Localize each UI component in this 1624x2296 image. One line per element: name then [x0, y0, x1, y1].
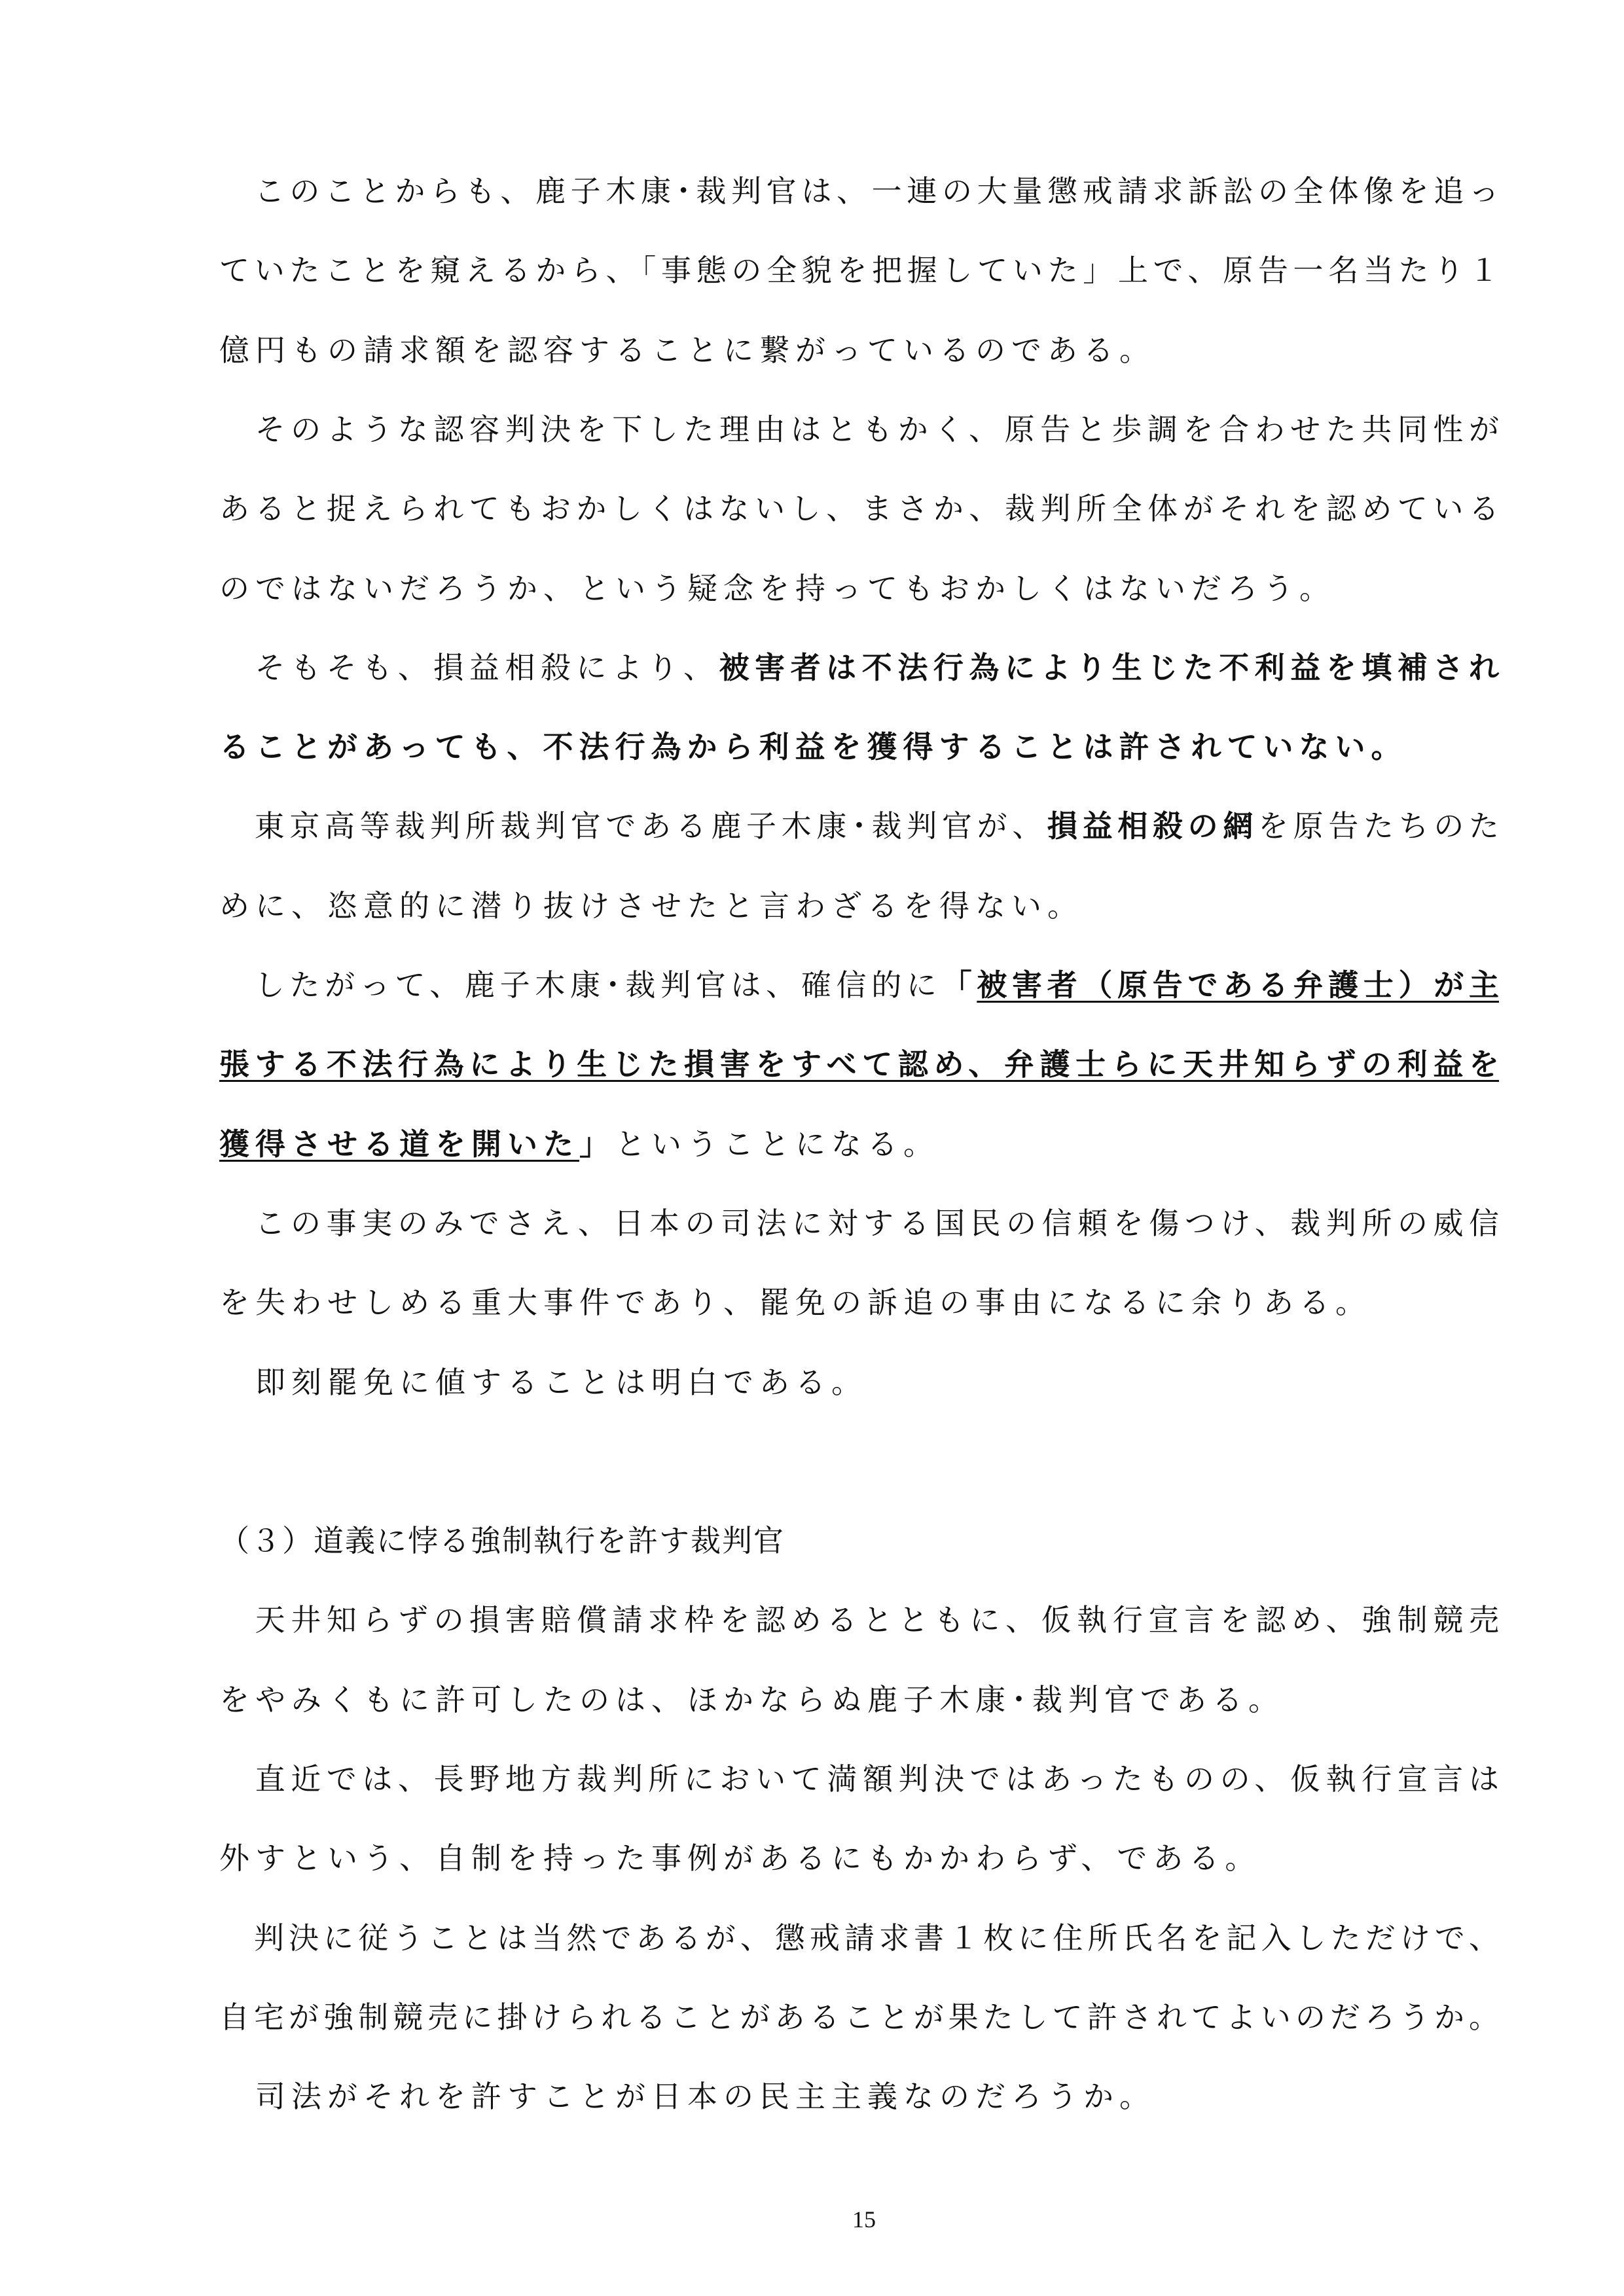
text-line: したがって、鹿子木康･裁判官は、確信的に「被害者（原告である弁護士）が主 — [219, 965, 1499, 1005]
text-line: あると捉えられてもおかしくはないし、まさか、裁判所全体がそれを認めている — [219, 489, 1499, 528]
text-line: 判決に従うことは当然であるが、懲戒請求書１枚に住所氏名を記入しただけで、 — [219, 1918, 1499, 1958]
document-page: このことからも、鹿子木康･裁判官は、一連の大量懲戒請求訴訟の全体像を追っていたこ… — [0, 0, 1624, 2296]
text-run: したがって、鹿子木康･裁判官は、確信的に — [219, 967, 942, 1003]
underlined-emphasis: 被害者（原告である弁護士）が主 — [977, 967, 1499, 1003]
bold-emphasis: 損益相殺の網 — [1047, 808, 1258, 844]
text-line: 直近では、長野地方裁判所において満額判決ではあったものの、仮執行宣言は — [219, 1759, 1499, 1799]
text-line: ることがあっても、不法行為から利益を獲得することは許されていない。 — [219, 727, 1499, 766]
text-run: 天井知らずの損害賠償請求枠を認めるとともに、仮執行宣言を認め、強制競売 — [219, 1602, 1499, 1638]
text-run: を原告たちのた — [1258, 808, 1499, 844]
text-run: （３）道義に悖る強制執行を許す裁判官 — [219, 1523, 785, 1558]
bold-emphasis: ることがあっても、不法行為から利益を獲得することは許されていない。 — [219, 729, 1407, 764]
text-line: 司法がそれを許すことが日本の民主主義なのだろうか。 — [219, 2077, 1499, 2116]
text-run: 即刻罷免に値することは明白である。 — [219, 1365, 867, 1400]
text-line: 天井知らずの損害賠償請求枠を認めるとともに、仮執行宣言を認め、強制競売 — [219, 1600, 1499, 1640]
text-line: 億円もの請求額を認容することに繋がっているのである。 — [219, 331, 1499, 370]
bold-emphasis: 」 — [579, 1126, 615, 1162]
text-run: めに、恣意的に潜り抜けさせたと言わざるを得ない。 — [219, 888, 1083, 924]
text-run: 外すという、自制を持った事例があるにもかかわらず、である。 — [219, 1840, 1261, 1876]
text-run: この事実のみでさえ、日本の司法に対する国民の信頼を傷つけ、裁判所の威信 — [219, 1206, 1499, 1241]
underlined-emphasis: 張する不法行為により生じた損害をすべて認め、弁護士らに天井知らずの利益を — [219, 1047, 1499, 1082]
text-line: 自宅が強制競売に掛けられることがあることが果たして許されてよいのだろうか。 — [219, 1998, 1499, 2037]
text-run: あると捉えられてもおかしくはないし、まさか、裁判所全体がそれを認めている — [219, 491, 1499, 526]
text-line: 外すという、自制を持った事例があるにもかかわらず、である。 — [219, 1839, 1499, 1878]
text-line: そもそも、損益相殺により、被害者は不法行為により生じた不利益を填補され — [219, 648, 1499, 687]
text-line: 即刻罷免に値することは明白である。 — [219, 1363, 1499, 1402]
text-run: 東京高等裁判所裁判官である鹿子木康･裁判官が、 — [219, 808, 1047, 844]
bold-emphasis: 被害者は不法行為により生じた不利益を填補され — [719, 650, 1499, 685]
text-run: ていたことを窺えるから、「事態の全貌を把握していた」上で、原告一名当たり１ — [219, 253, 1499, 288]
section-heading: （３）道義に悖る強制執行を許す裁判官 — [219, 1521, 1499, 1560]
text-line: この事実のみでさえ、日本の司法に対する国民の信頼を傷つけ、裁判所の威信 — [219, 1204, 1499, 1243]
text-run: を失わせしめる重大事件であり、罷免の訴追の事由になるに余りある。 — [219, 1285, 1371, 1320]
underlined-emphasis: 獲得させる道を開いた — [219, 1126, 579, 1162]
bold-emphasis: 「 — [942, 967, 977, 1003]
text-run: 自宅が強制競売に掛けられることがあることが果たして許されてよいのだろうか。 — [219, 2000, 1499, 2035]
text-line: めに、恣意的に潜り抜けさせたと言わざるを得ない。 — [219, 886, 1499, 925]
text-run: 億円もの請求額を認容することに繋がっているのである。 — [219, 332, 1155, 368]
text-run: をやみくもに許可したのは、ほかならぬ鹿子木康･裁判官である。 — [219, 1682, 1284, 1717]
text-line: 東京高等裁判所裁判官である鹿子木康･裁判官が、損益相殺の網を原告たちのた — [219, 806, 1499, 846]
text-run: 司法がそれを許すことが日本の民主主義なのだろうか。 — [219, 2079, 1155, 2114]
text-run: そもそも、損益相殺により、 — [219, 650, 719, 685]
text-run: このことからも、鹿子木康･裁判官は、一連の大量懲戒請求訴訟の全体像を追っ — [219, 173, 1499, 209]
text-run: 判決に従うことは当然であるが、懲戒請求書１枚に住所氏名を記入しただけで、 — [219, 1920, 1499, 1956]
text-line: を失わせしめる重大事件であり、罷免の訴追の事由になるに余りある。 — [219, 1283, 1499, 1322]
text-line: 張する不法行為により生じた損害をすべて認め、弁護士らに天井知らずの利益を — [219, 1045, 1499, 1084]
text-line: そのような認容判決を下した理由はともかく、原告と歩調を合わせた共同性が — [219, 410, 1499, 449]
text-line: このことからも、鹿子木康･裁判官は、一連の大量懲戒請求訴訟の全体像を追っ — [219, 171, 1499, 211]
text-run: のではないだろうか、という疑念を持ってもおかしくはないだろう。 — [219, 571, 1335, 606]
text-run: 直近では、長野地方裁判所において満額判決ではあったものの、仮執行宣言は — [219, 1761, 1499, 1797]
text-line: をやみくもに許可したのは、ほかならぬ鹿子木康･裁判官である。 — [219, 1680, 1499, 1719]
text-run: ということになる。 — [615, 1126, 939, 1162]
text-run: そのような認容判決を下した理由はともかく、原告と歩調を合わせた共同性が — [219, 412, 1499, 447]
page-number: 15 — [812, 2206, 916, 2233]
text-line: ていたことを窺えるから、「事態の全貌を把握していた」上で、原告一名当たり１ — [219, 251, 1499, 290]
text-line: のではないだろうか、という疑念を持ってもおかしくはないだろう。 — [219, 569, 1499, 608]
text-line: 獲得させる道を開いた」ということになる。 — [219, 1124, 1499, 1164]
